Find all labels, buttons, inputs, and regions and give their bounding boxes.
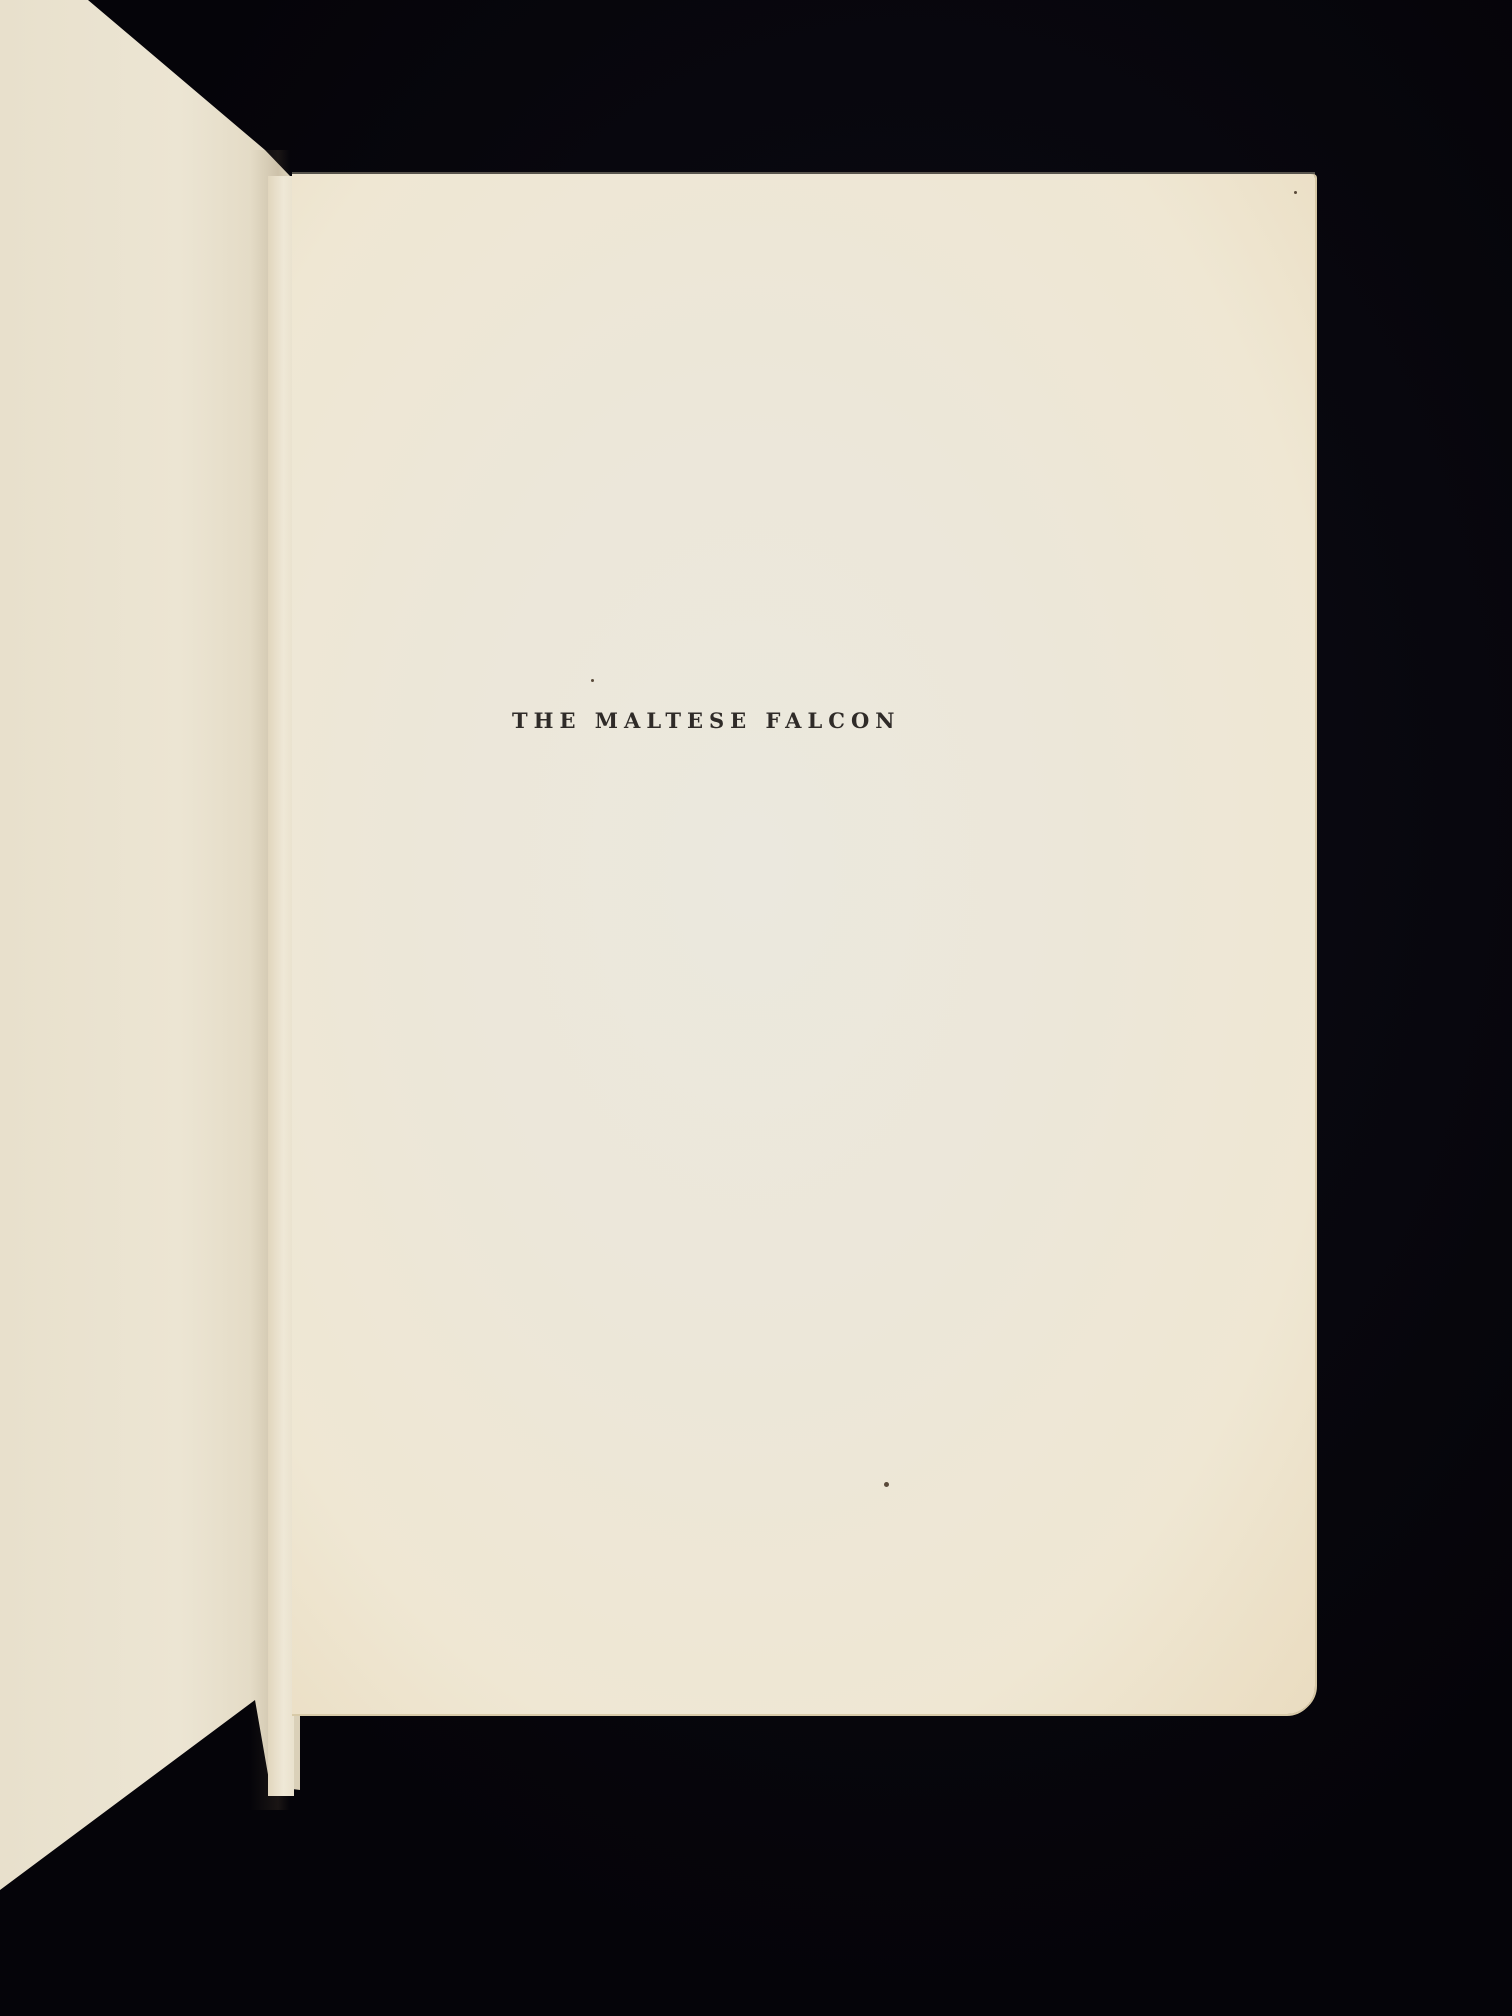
right-page-recto [292, 174, 1315, 1714]
paper-speck [884, 1482, 889, 1487]
photo-scene: THE MALTESE FALCON [0, 0, 1512, 2016]
half-title: THE MALTESE FALCON [512, 708, 932, 733]
paper-speck [591, 679, 594, 682]
book-gutter [268, 176, 294, 1796]
paper-speck [1294, 191, 1297, 194]
